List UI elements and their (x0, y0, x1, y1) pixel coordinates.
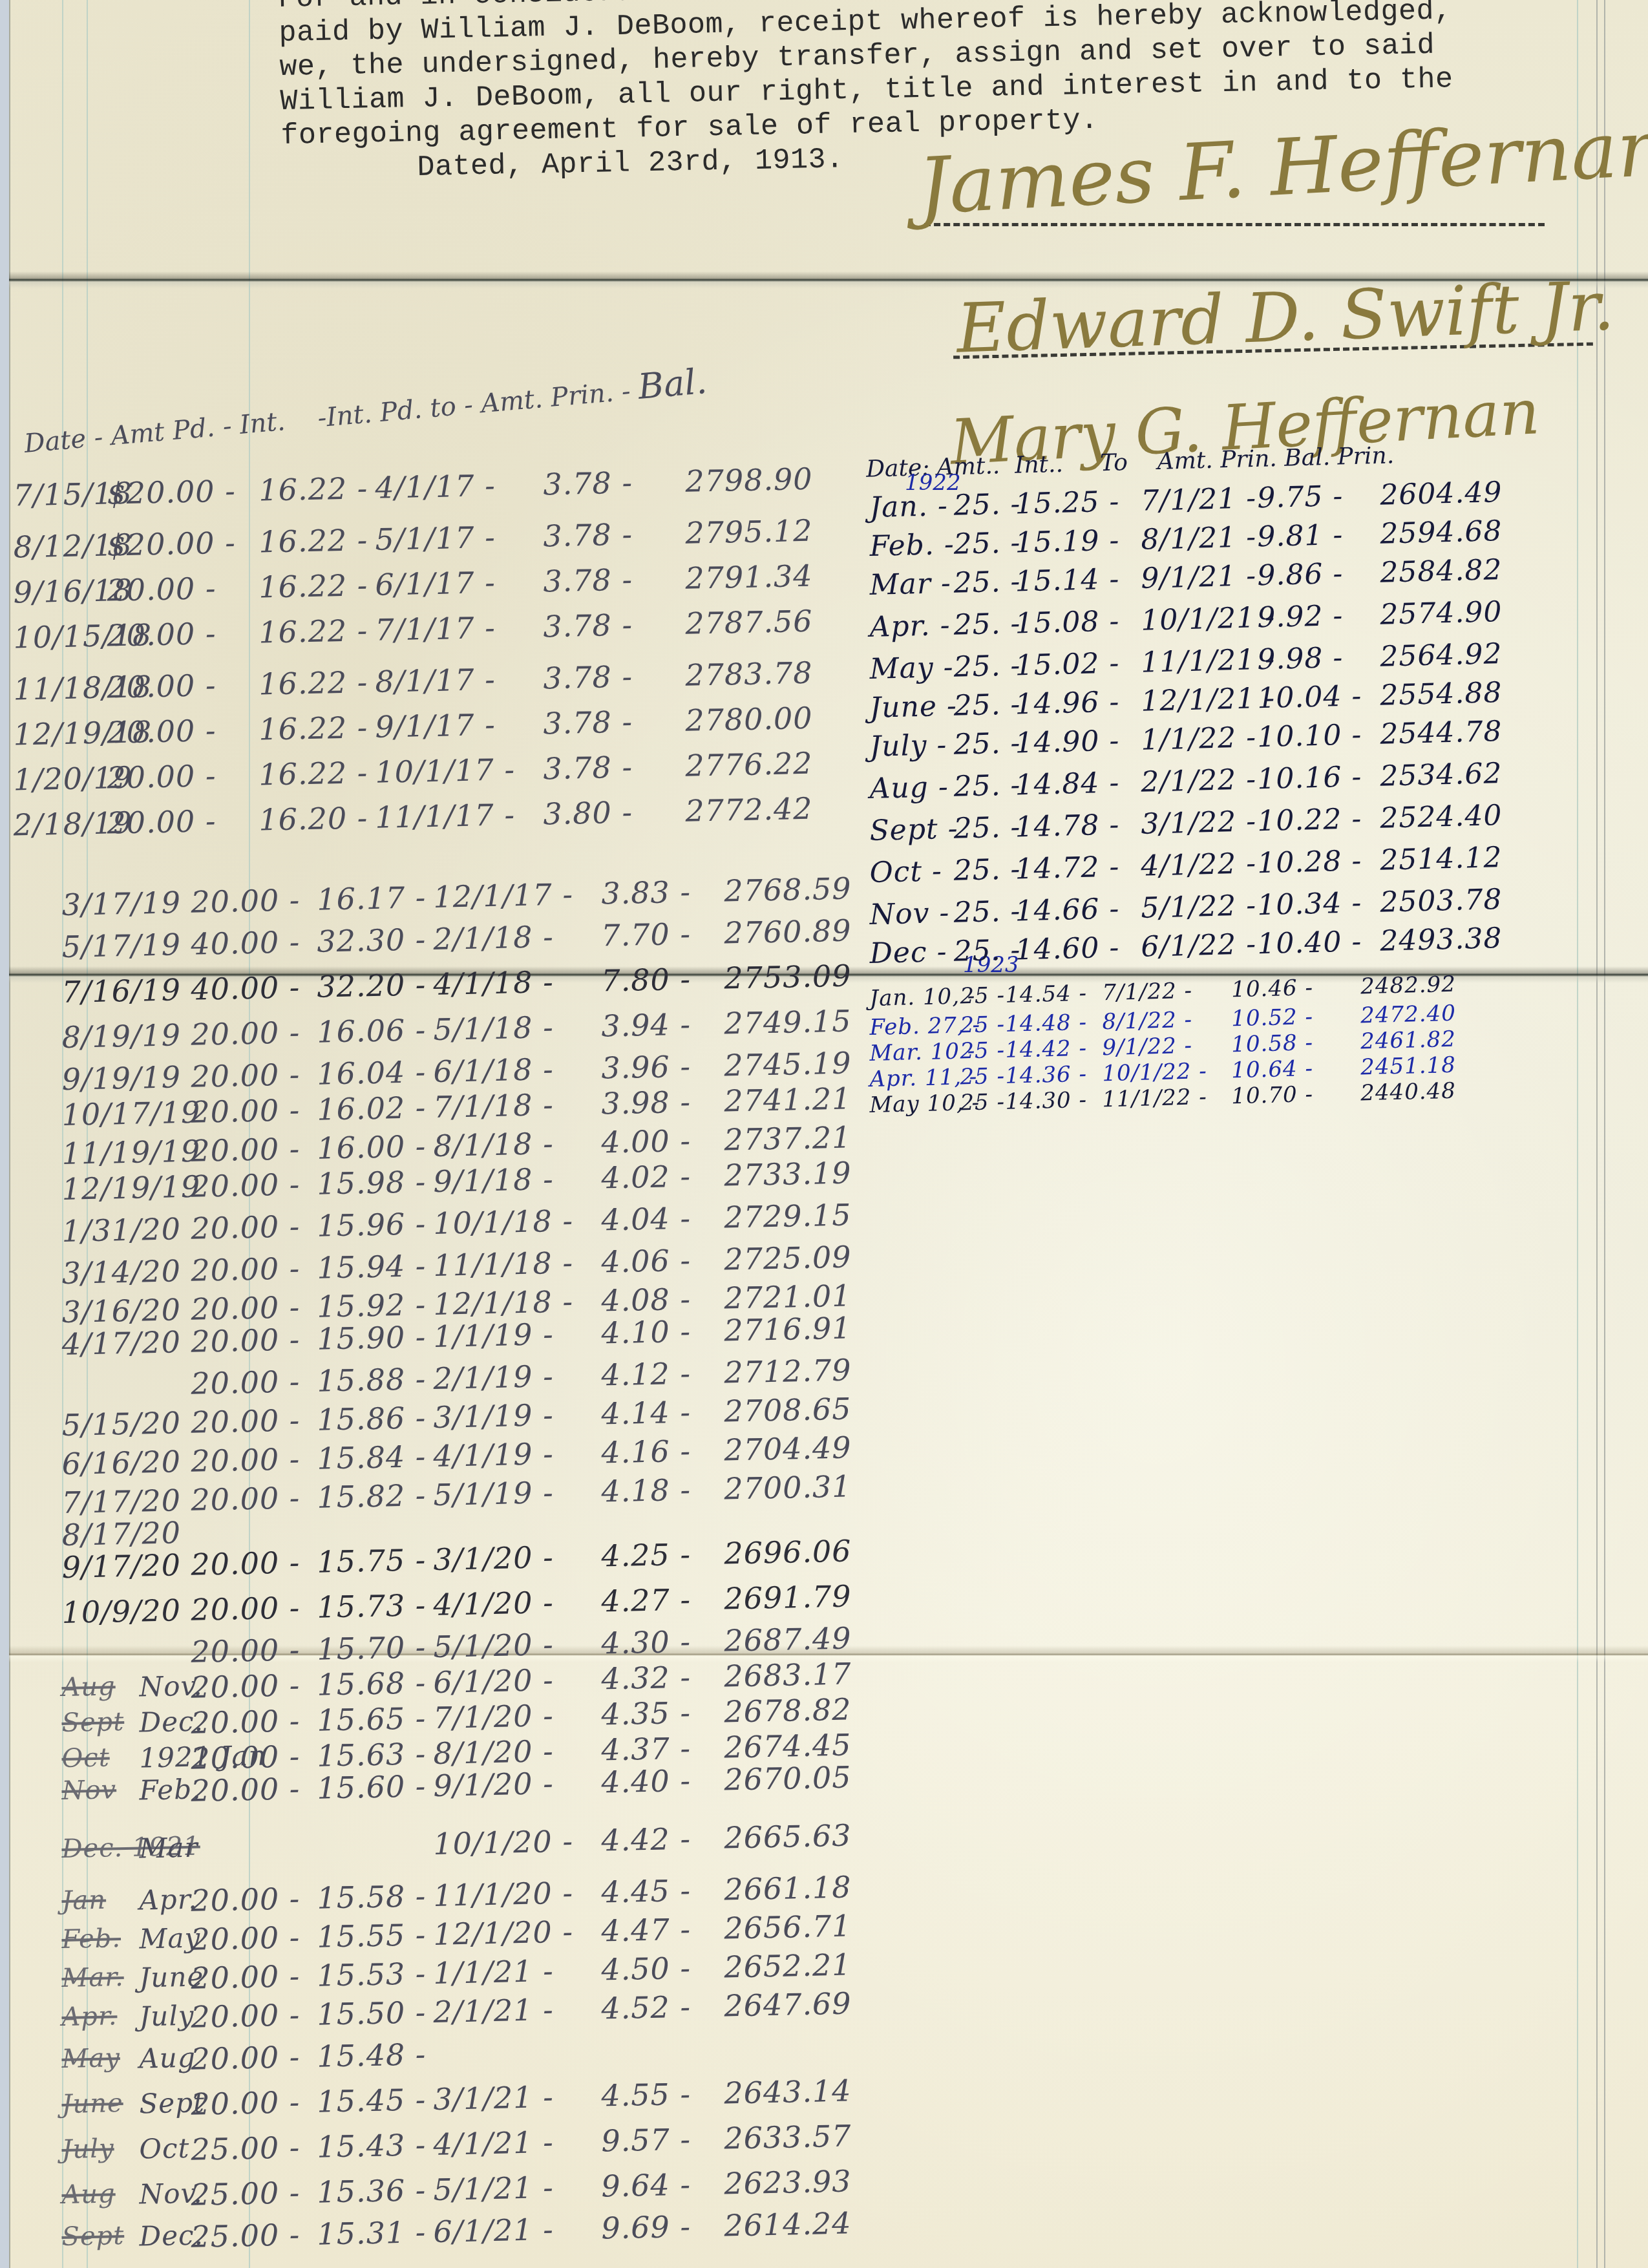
amount-principal: 10.04 - (1257, 679, 1362, 715)
amount-principal: 4.25 - (601, 1537, 692, 1574)
interest-paid-to: 6/1/17 - (375, 565, 496, 602)
amount-principal: 9.98 - (1257, 641, 1344, 676)
interest: 15.60 - (317, 1768, 427, 1806)
balance-principal: 2584.82 (1380, 553, 1503, 589)
amount-principal: 4.32 - (601, 1660, 692, 1697)
amount-principal: 3.80 - (543, 795, 633, 832)
amount: 25. - (953, 811, 1021, 845)
date: 11/19/19 (61, 1134, 201, 1171)
balance: 2749.15 (724, 1003, 852, 1041)
interest: 15.55 - (317, 1917, 427, 1955)
interest: 15.31 - (317, 2214, 427, 2252)
balance: 2633.57 (724, 2118, 852, 2156)
interest-paid-to: 1/1/21 - (433, 1953, 554, 1991)
interest-paid-to: 9/1/17 - (375, 707, 496, 745)
date: Dec - (869, 935, 947, 970)
interest-paid-to: 10/1/17 - (375, 752, 516, 790)
interest: 14.36 - (1005, 1061, 1088, 1089)
balance: 2700.31 (724, 1468, 852, 1506)
interest: 14.60 - (1015, 931, 1120, 967)
amount-principal: 9.57 - (601, 2122, 692, 2159)
amount-paid: 20.00 - (191, 1480, 301, 1518)
amount-principal: 3.78 - (543, 517, 633, 554)
interest-paid-to: 9/1/20 - (433, 1766, 554, 1803)
balance-principal: 2514.12 (1380, 841, 1503, 877)
amount-principal: 4.18 - (601, 1472, 692, 1509)
amount-paid: 40.00 - (191, 924, 301, 962)
amount: 25 - (960, 982, 1006, 1010)
interest-paid-to: 5/1/19 - (433, 1475, 554, 1512)
balance: 2741.21 (724, 1081, 852, 1118)
amount-paid: 20.00 - (107, 571, 217, 608)
interest-paid-to: 12/1/17 - (433, 876, 574, 915)
interest: 15.58 - (317, 1878, 427, 1916)
amount-paid: 20.00 - (191, 1739, 301, 1776)
balance-principal: 2451.18 (1360, 1052, 1457, 1081)
date: 5/17/19 (61, 927, 181, 964)
interest: 15.53 - (317, 1956, 427, 1993)
balance: 2712.79 (724, 1352, 852, 1390)
amount-paid: 20.00 - (107, 803, 217, 841)
interest: 15.14 - (1015, 563, 1120, 599)
amount-principal: 4.55 - (601, 2077, 692, 2114)
balance: 2733.19 (724, 1155, 852, 1192)
amount: 25 - (960, 1037, 1006, 1065)
amount-principal: 4.02 - (601, 1159, 692, 1196)
balance: 2704.49 (724, 1430, 852, 1467)
interest: 16.22 - (259, 613, 368, 650)
amount-principal: 4.40 - (601, 1763, 692, 1800)
date: 5/15/20 (61, 1405, 181, 1443)
amount-paid: 20.00 - (107, 668, 217, 705)
interest: 14.66 - (1015, 893, 1120, 928)
interest: 15.68 - (317, 1665, 427, 1702)
interest-paid-to: 4/1/18 - (433, 964, 554, 1002)
struck-date: Feb. (61, 1924, 121, 1955)
amount-principal: 9.92 - (1257, 599, 1344, 634)
date: Apr. - (869, 609, 951, 644)
interest: 15.36 - (317, 2172, 427, 2210)
interest-paid-to: 5/1/21 - (433, 2170, 554, 2207)
amount-principal: 3.78 - (543, 705, 633, 741)
amount-paid: 20.00 - (107, 616, 217, 653)
amount-paid: 20.00 - (191, 1881, 301, 1918)
balance: 2643.14 (724, 2073, 852, 2110)
amount-paid: 20.00 - (191, 1289, 301, 1327)
amount-principal: 3.78 - (543, 465, 633, 502)
interest-paid-to: 6/1/22 - (1141, 927, 1257, 963)
interest: 15.48 - (317, 2037, 427, 2074)
interest-paid-to: 2/1/22 - (1141, 763, 1257, 798)
interest-paid-to: 4/1/22 - (1141, 847, 1257, 882)
interest-paid-to: 12/1/21 - (1141, 682, 1276, 718)
amount-principal: 7.70 - (601, 917, 692, 953)
amount: 25. - (953, 607, 1021, 642)
amount-paid: 20.00 - (191, 882, 301, 920)
balance: 2687.49 (724, 1620, 852, 1658)
amount-paid: 25.00 - (191, 2217, 301, 2254)
struck-date: Aug (61, 2179, 116, 2210)
interest: 15.96 - (317, 1206, 427, 1244)
amount-principal: 10.10 - (1257, 718, 1362, 754)
date: 10/17/19 (61, 1095, 201, 1132)
amount-principal: 10.40 - (1257, 925, 1362, 960)
balance: 2737.21 (724, 1119, 852, 1157)
amount-principal: 4.00 - (601, 1123, 692, 1160)
date: 12/19/19 (61, 1169, 201, 1207)
balance-principal: 2554.88 (1380, 676, 1503, 712)
interest: 16.22 - (259, 710, 368, 747)
struck-date: Oct (61, 1743, 110, 1774)
amount-paid: 40.00 - (191, 970, 301, 1007)
interest-paid-to: 8/1/20 - (433, 1733, 554, 1771)
interest-paid-to: 2/1/21 - (433, 1992, 554, 2030)
interest: 15.90 - (317, 1319, 427, 1357)
amount-principal: 4.35 - (601, 1695, 692, 1732)
interest: 14.90 - (1015, 725, 1120, 760)
balance-principal: 2503.78 (1380, 883, 1503, 919)
amount-principal: 4.10 - (601, 1314, 692, 1351)
struck-date: July (61, 2134, 114, 2165)
amount: 25 - (960, 1012, 1006, 1039)
balance: 2652.21 (724, 1947, 852, 1984)
date: Aug (139, 2042, 196, 2075)
amount: 25. - (953, 768, 1021, 803)
header-date: Date (23, 424, 87, 459)
amount-paid: 20.00 - (191, 1209, 301, 1246)
balance: 2721.01 (724, 1278, 852, 1315)
amount-principal: 10.58 - (1231, 1030, 1314, 1057)
amount-principal: 4.45 - (601, 1873, 692, 1910)
interest-paid-to: 10/1/18 - (433, 1203, 574, 1241)
balance: 2665.63 (724, 1818, 852, 1855)
amount-principal: 9.75 - (1257, 480, 1344, 514)
amount: 25. - (953, 726, 1021, 761)
interest-paid-to: 4/1/20 - (433, 1585, 554, 1622)
amount-principal: 4.14 - (601, 1395, 692, 1432)
amount-principal: 9.69 - (601, 2209, 692, 2246)
date: 3/16/20 (61, 1292, 181, 1330)
interest: 16.17 - (317, 880, 427, 917)
amount-principal: 3.78 - (543, 750, 633, 787)
amount-paid: $20.00 - (107, 525, 236, 562)
header-amount-paid: Amt Pd. (110, 412, 216, 451)
amount-paid: 20.00 - (191, 1131, 301, 1169)
balance: 2683.17 (724, 1656, 852, 1693)
interest-paid-to: 11/1/20 - (433, 1875, 574, 1913)
interest-paid-to: 7/1/18 - (433, 1087, 554, 1125)
interest: 14.48 - (1005, 1010, 1088, 1037)
amount-paid: 20.00 - (107, 713, 217, 750)
date: 7/17/20 (61, 1483, 181, 1520)
interest: 16.22 - (259, 664, 368, 702)
balance-principal: 2534.62 (1380, 757, 1503, 793)
amount-principal: 4.12 - (601, 1356, 692, 1393)
amount-paid: 25.00 - (191, 2130, 301, 2167)
interest: 15.86 - (317, 1400, 427, 1437)
interest-paid-to: 6/1/18 - (433, 1052, 554, 1089)
header-interest: Int. (238, 407, 286, 440)
amount-principal: 10.16 - (1257, 760, 1362, 796)
amount-principal: 3.98 - (601, 1085, 692, 1121)
interest: 16.00 - (317, 1129, 427, 1166)
amount-paid: 20.00 - (191, 1632, 301, 1669)
interest: 15.25 - (1015, 485, 1120, 521)
header-to: To (1100, 449, 1128, 476)
interest: 15.50 - (317, 1995, 427, 2032)
interest-paid-to: 10/1/22 - (1102, 1058, 1207, 1086)
interest: 15.98 - (317, 1164, 427, 1202)
balance: 2678.82 (724, 1691, 852, 1729)
amount-principal: 10.64 - (1231, 1055, 1314, 1083)
interest-paid-to: 8/1/17 - (375, 662, 496, 699)
balance: 2661.18 (724, 1869, 852, 1907)
struck-date: June (61, 2088, 123, 2119)
balance: 2647.69 (724, 1986, 852, 2023)
date: Oct (139, 2132, 190, 2165)
interest-paid-to: 6/1/20 - (433, 1662, 554, 1700)
amount-principal: 10.28 - (1257, 844, 1362, 880)
balance: 2729.15 (724, 1197, 852, 1235)
amount-principal: 10.34 - (1257, 886, 1362, 922)
date: 3/14/20 (61, 1253, 181, 1291)
amount-principal: 4.04 - (601, 1201, 692, 1238)
amount: 25 - (960, 1089, 1006, 1116)
amount-principal: 9.64 - (601, 2167, 692, 2204)
interest: 15.63 - (317, 1736, 427, 1774)
date: Oct - (869, 854, 942, 889)
date: June - (869, 690, 957, 725)
interest-paid-to: 5/1/20 - (433, 1627, 554, 1664)
interest: 15.70 - (317, 1629, 427, 1667)
interest: 15.65 - (317, 1701, 427, 1738)
amount: 25. - (953, 526, 1021, 561)
amount-principal: 4.08 - (601, 1282, 692, 1319)
interest-paid-to: 8/1/22 - (1102, 1007, 1193, 1035)
amount: 25. - (953, 895, 1021, 929)
balance: 2768.59 (724, 871, 852, 908)
interest: 15.02 - (1015, 647, 1120, 683)
amount-principal: 9.86 - (1257, 557, 1344, 592)
interest-paid-to: 11/1/22 - (1102, 1084, 1207, 1112)
balance-principal: 2544.78 (1380, 715, 1503, 751)
balance: 2708.65 (724, 1391, 852, 1428)
amount-paid: 20.00 - (191, 1057, 301, 1094)
interest: 15.75 - (317, 1542, 427, 1580)
balance-principal: 2564.92 (1380, 637, 1503, 673)
balance-principal: 2524.40 (1380, 799, 1503, 835)
balance: 2791.34 (685, 558, 813, 596)
header-amount-principal: Amt. Prin. (1157, 445, 1277, 475)
interest-paid-to: 1/1/19 - (433, 1317, 554, 1354)
amount-principal: 4.50 - (601, 1951, 692, 1987)
interest: 16.22 - (259, 471, 368, 508)
date: Aug - (869, 770, 949, 805)
amount-paid: 20.00 - (191, 1015, 301, 1052)
amount: 25 - (960, 1063, 1006, 1090)
balance: 2787.56 (685, 604, 813, 641)
interest-paid-to: 8/1/18 - (433, 1126, 554, 1163)
balance: 2780.00 (685, 701, 813, 738)
amount-principal: 4.52 - (601, 1989, 692, 2026)
date: 1/31/20 (61, 1211, 181, 1249)
amount-principal: 10.52 - (1231, 1004, 1314, 1032)
date: Nov - (869, 896, 950, 931)
balance: 2772.42 (685, 791, 813, 829)
amount-paid: 20.00 - (191, 1322, 301, 1359)
amount-paid: 25.00 - (191, 2175, 301, 2212)
balance-principal: 2440.48 (1360, 1078, 1457, 1107)
date: Mar (139, 1832, 198, 1865)
interest: 15.45 - (317, 2082, 427, 2119)
date: 7/16/19 (61, 972, 181, 1010)
amount-principal: 4.37 - (601, 1731, 692, 1768)
interest-paid-to: 11/1/21 - (1141, 643, 1276, 679)
interest: 32.30 - (317, 922, 427, 959)
interest-paid-to: 4/1/21 - (433, 2125, 554, 2162)
amount-principal: 3.78 - (543, 562, 633, 599)
header-interest: Int. (1015, 451, 1056, 479)
interest-paid-to: 4/1/17 - (375, 468, 496, 505)
amount-principal: 4.06 - (601, 1243, 692, 1280)
amount-principal: 10.70 - (1231, 1081, 1314, 1109)
amount-principal: 3.78 - (543, 659, 633, 696)
interest-paid-to: 8/1/21 - (1141, 520, 1257, 556)
amount: 25. - (953, 649, 1021, 684)
interest-paid-to: 7/1/21 - (1141, 482, 1257, 517)
amount-principal: 10.22 - (1257, 802, 1362, 838)
amount-principal: 4.16 - (601, 1434, 692, 1470)
struck-date: Sept (61, 1707, 125, 1738)
interest: 14.54 - (1005, 980, 1088, 1008)
amount-principal: 3.78 - (543, 608, 633, 644)
amount: 25. - (953, 688, 1021, 723)
struck-date: Nov (61, 1775, 117, 1806)
interest-paid-to: 5/1/18 - (433, 1010, 554, 1047)
interest-paid-to: 2/1/18 - (433, 919, 554, 957)
amount: 25. - (953, 565, 1021, 600)
interest: 14.84 - (1015, 767, 1120, 802)
interest-paid-to: 3/1/19 - (433, 1397, 554, 1435)
amount-principal: 3.83 - (601, 874, 692, 911)
interest-paid-to: 4/1/19 - (433, 1436, 554, 1474)
struck-date: Jan (61, 1885, 107, 1916)
header-balance-principal: Bal. Prin. (1284, 442, 1395, 471)
balance-principal: 2574.90 (1380, 595, 1503, 631)
interest-paid-to: 3/1/20 - (433, 1540, 554, 1577)
amount-paid: 20.00 - (191, 1251, 301, 1288)
interest: 14.72 - (1015, 851, 1120, 886)
balance: 2716.91 (724, 1310, 852, 1348)
date: Mar - (869, 567, 951, 602)
amount-paid: $20.00 - (107, 473, 236, 511)
balance: 2656.71 (724, 1908, 852, 1945)
struck-date: Sept (61, 2221, 125, 2252)
interest: 15.92 - (317, 1287, 427, 1324)
header-balance: Bal. (637, 361, 708, 407)
amount: 25. - (953, 487, 1021, 522)
balance: 2670.05 (724, 1759, 852, 1797)
balance: 2745.19 (724, 1045, 852, 1083)
interest-paid-to: 6/1/21 - (433, 2212, 554, 2249)
balance: 2674.45 (724, 1727, 852, 1765)
amount-paid: 20.00 - (191, 1364, 301, 1401)
interest: 16.06 - (317, 1012, 427, 1050)
amount-paid: 20.00 - (107, 758, 217, 796)
amount-paid: 20.00 - (191, 2084, 301, 2122)
date: Sept - (869, 812, 958, 847)
amount-principal: 4.47 - (601, 1912, 692, 1949)
balance: 2760.89 (724, 913, 852, 950)
balance-principal: 2493.38 (1380, 922, 1503, 958)
interest-paid-to: 5/1/22 - (1141, 889, 1257, 924)
interest-paid-to: 1/1/22 - (1141, 721, 1257, 756)
balance: 2776.22 (685, 746, 813, 783)
balance: 2623.93 (724, 2163, 852, 2201)
amount-principal: 3.96 - (601, 1049, 692, 1086)
amount-principal: 4.30 - (601, 1624, 692, 1661)
balance: 2795.12 (685, 513, 813, 551)
interest-paid-to: 9/1/18 - (433, 1161, 554, 1199)
interest-paid-to: 3/1/22 - (1141, 805, 1257, 840)
amount-paid: 20.00 - (191, 1997, 301, 2035)
balance: 2696.06 (724, 1533, 852, 1571)
date: July (139, 2000, 195, 2033)
date: 4/17/20 (61, 1324, 181, 1362)
amount-paid: 20.00 - (191, 1771, 301, 1808)
amount: 25. - (953, 853, 1021, 887)
amount: 25. - (953, 933, 1021, 968)
date: 10/9/20 (61, 1593, 181, 1630)
interest-paid-to: 12/1/20 - (433, 1914, 574, 1952)
interest: 15.08 - (1015, 605, 1120, 641)
interest: 15.94 - (317, 1248, 427, 1286)
date: 9/17/20 (61, 1547, 181, 1585)
balance: 2725.09 (724, 1239, 852, 1277)
balance-principal: 2472.40 (1360, 1001, 1457, 1029)
interest-paid-to: 3/1/21 - (433, 2079, 554, 2117)
date: 6/16/20 (61, 1444, 181, 1481)
struck-date: Mar. (61, 1962, 124, 1993)
balance-principal: 2594.68 (1380, 514, 1503, 551)
date: 9/19/19 (61, 1059, 181, 1097)
struck-date: Apr. (61, 2001, 118, 2032)
interest-paid-to: 2/1/19 - (433, 1359, 554, 1396)
interest: 14.42 - (1005, 1035, 1088, 1063)
balance: 2783.78 (685, 655, 813, 693)
date: Feb. - (869, 528, 955, 563)
amount-paid: 20.00 - (191, 1092, 301, 1130)
date: 3/17/19 (61, 885, 181, 922)
date: Jan. - (869, 489, 948, 524)
balance-principal: 2482.92 (1360, 971, 1457, 1000)
balance: 2614.24 (724, 2205, 852, 2243)
date: July - (869, 728, 947, 763)
amount-paid: 20.00 - (191, 1403, 301, 1440)
interest: 16.02 - (317, 1090, 427, 1127)
interest-paid-to: 9/1/22 - (1102, 1033, 1193, 1061)
struck-date: May (61, 2043, 120, 2074)
amount-paid: 20.00 - (191, 1920, 301, 1957)
balance: 2753.09 (724, 958, 852, 995)
amount-principal: 4.42 - (601, 1821, 692, 1858)
interest-paid-to: 11/1/18 - (433, 1245, 574, 1283)
interest: 16.22 - (259, 567, 368, 605)
date: May - (869, 651, 954, 686)
interest: 16.20 - (259, 800, 368, 838)
interest-paid-to: 7/1/22 - (1102, 978, 1193, 1006)
interest: 16.04 - (317, 1054, 427, 1092)
